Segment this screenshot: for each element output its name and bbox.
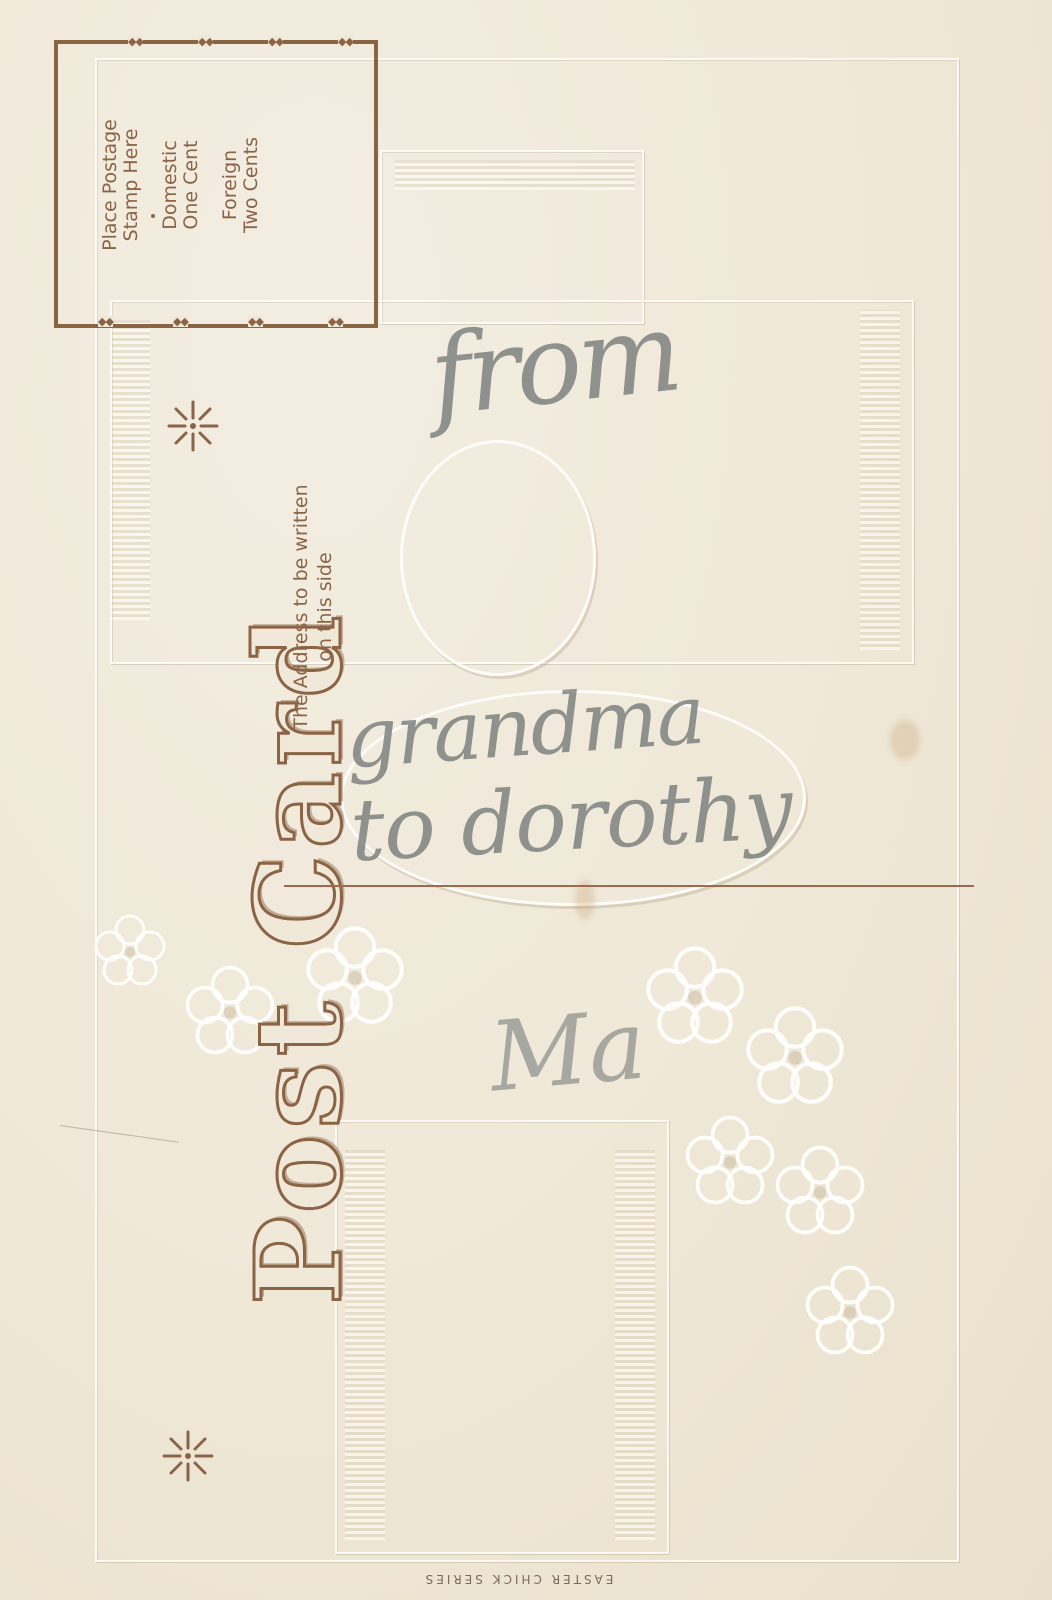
stamp-line-2: Stamp Here xyxy=(121,70,142,300)
starburst-icon xyxy=(160,1428,216,1484)
diamond-border-ornament: ◆◆ xyxy=(248,316,263,327)
embossed-flower-icon xyxy=(800,1260,900,1360)
address-instruction-line-2: on this side xyxy=(314,392,338,822)
diamond-border-ornament: ◆◆ xyxy=(128,36,143,47)
diamond-border-ornament: ◆◆ xyxy=(338,36,353,47)
postcard: ◆◆ ◆◆ ◆◆ ◆◆ ◆◆ ◆◆ ◆◆ ◆◆ Place Postage St… xyxy=(0,0,1052,1600)
diamond-border-ornament: ◆◆ xyxy=(328,316,343,327)
embossed-panel xyxy=(335,1120,669,1554)
domestic-rate: One Cent xyxy=(181,70,202,300)
embossed-flower-icon xyxy=(640,940,750,1050)
diamond-border-ornament: ◆◆ xyxy=(173,316,188,327)
diamond-border-ornament: ◆◆ xyxy=(268,36,283,47)
embossed-flower-icon xyxy=(680,1110,780,1210)
diamond-border-ornament: ◆◆ xyxy=(98,316,113,327)
embossed-flower-icon xyxy=(90,910,170,990)
handwritten-signature: Ma xyxy=(485,988,650,1113)
handwritten-from: from xyxy=(424,287,684,440)
foreign-rate: Two Cents xyxy=(241,70,262,300)
series-label: EASTER CHICK SERIES xyxy=(368,1572,668,1586)
stamp-line-1: Place Postage xyxy=(100,70,121,300)
address-instruction-line-1: The Address to be written xyxy=(290,392,314,822)
address-instruction: The Address to be written on this side xyxy=(290,392,338,822)
diamond-border-ornament: ◆◆ xyxy=(198,36,213,47)
embossed-flower-icon xyxy=(770,1140,870,1240)
domestic-label: Domestic xyxy=(160,70,181,300)
address-divider xyxy=(284,885,974,887)
embossed-egg xyxy=(400,440,596,676)
stain xyxy=(890,720,920,760)
starburst-icon xyxy=(165,398,221,454)
embossed-flower-icon xyxy=(740,1000,850,1110)
foreign-label: Foreign xyxy=(220,70,241,300)
